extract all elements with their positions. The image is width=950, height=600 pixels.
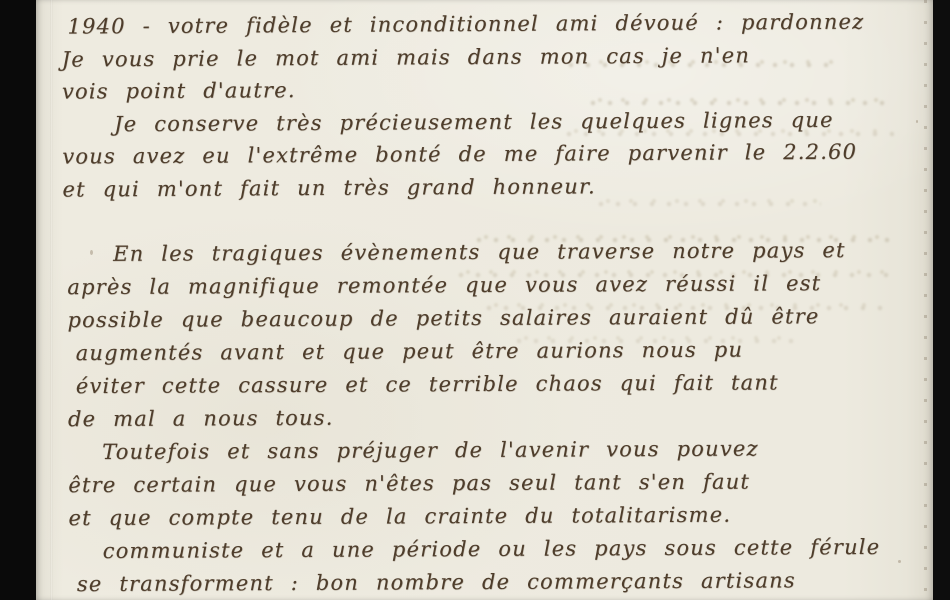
paper-edge-perforation	[924, 0, 927, 600]
scan-background-right	[933, 0, 950, 600]
scanned-letter-view: 1940 - votre fidèle et inconditionnel am…	[0, 0, 950, 600]
handwritten-line: vois point d'autre.	[62, 70, 915, 108]
handwritten-line: et qui m'ont fait un très grand honneur.	[62, 168, 915, 206]
handwritten-line: Je vous prie le mot ami mais dans mon ca…	[62, 38, 915, 76]
handwritten-line: 1940 - votre fidèle et inconditionnel am…	[67, 5, 914, 43]
scan-background-left	[0, 0, 36, 600]
handwritten-line: possible que beaucoup de petits salaires…	[67, 300, 914, 337]
handwritten-line: augmentés avant et que peut être aurions…	[76, 333, 915, 370]
handwritten-line: et que compte tenu de la crainte du tota…	[68, 498, 915, 535]
letter-paragraph: En les tragiques évènements que traverse…	[35, 234, 916, 600]
handwritten-line: Toutefois et sans préjuger de l'avenir v…	[102, 432, 915, 469]
handwritten-line: communiste et a une période ou les pays …	[103, 531, 916, 568]
handwritten-line: être certain que vous n'êtes pas seul ta…	[68, 465, 915, 502]
handwritten-line: En les tragiques évènements que traverse…	[113, 234, 914, 271]
letter-page: 1940 - votre fidèle et inconditionnel am…	[36, 0, 933, 600]
paper-speck	[916, 120, 918, 123]
handwritten-line: se transforment : bon nombre de commerça…	[77, 564, 916, 600]
handwritten-line: Je conserve très précieusement les quelq…	[114, 103, 915, 140]
handwritten-line: vous avez eu l'extrême bonté de me faire…	[62, 135, 915, 173]
handwritten-line: éviter cette cassure et ce terrible chao…	[76, 366, 915, 403]
handwritten-line: de mal a nous tous.	[68, 399, 915, 436]
handwritten-line: après la magnifique remontée que vous av…	[67, 267, 914, 304]
letter-paragraph: 1940 - votre fidèle et inconditionnel am…	[35, 5, 915, 205]
